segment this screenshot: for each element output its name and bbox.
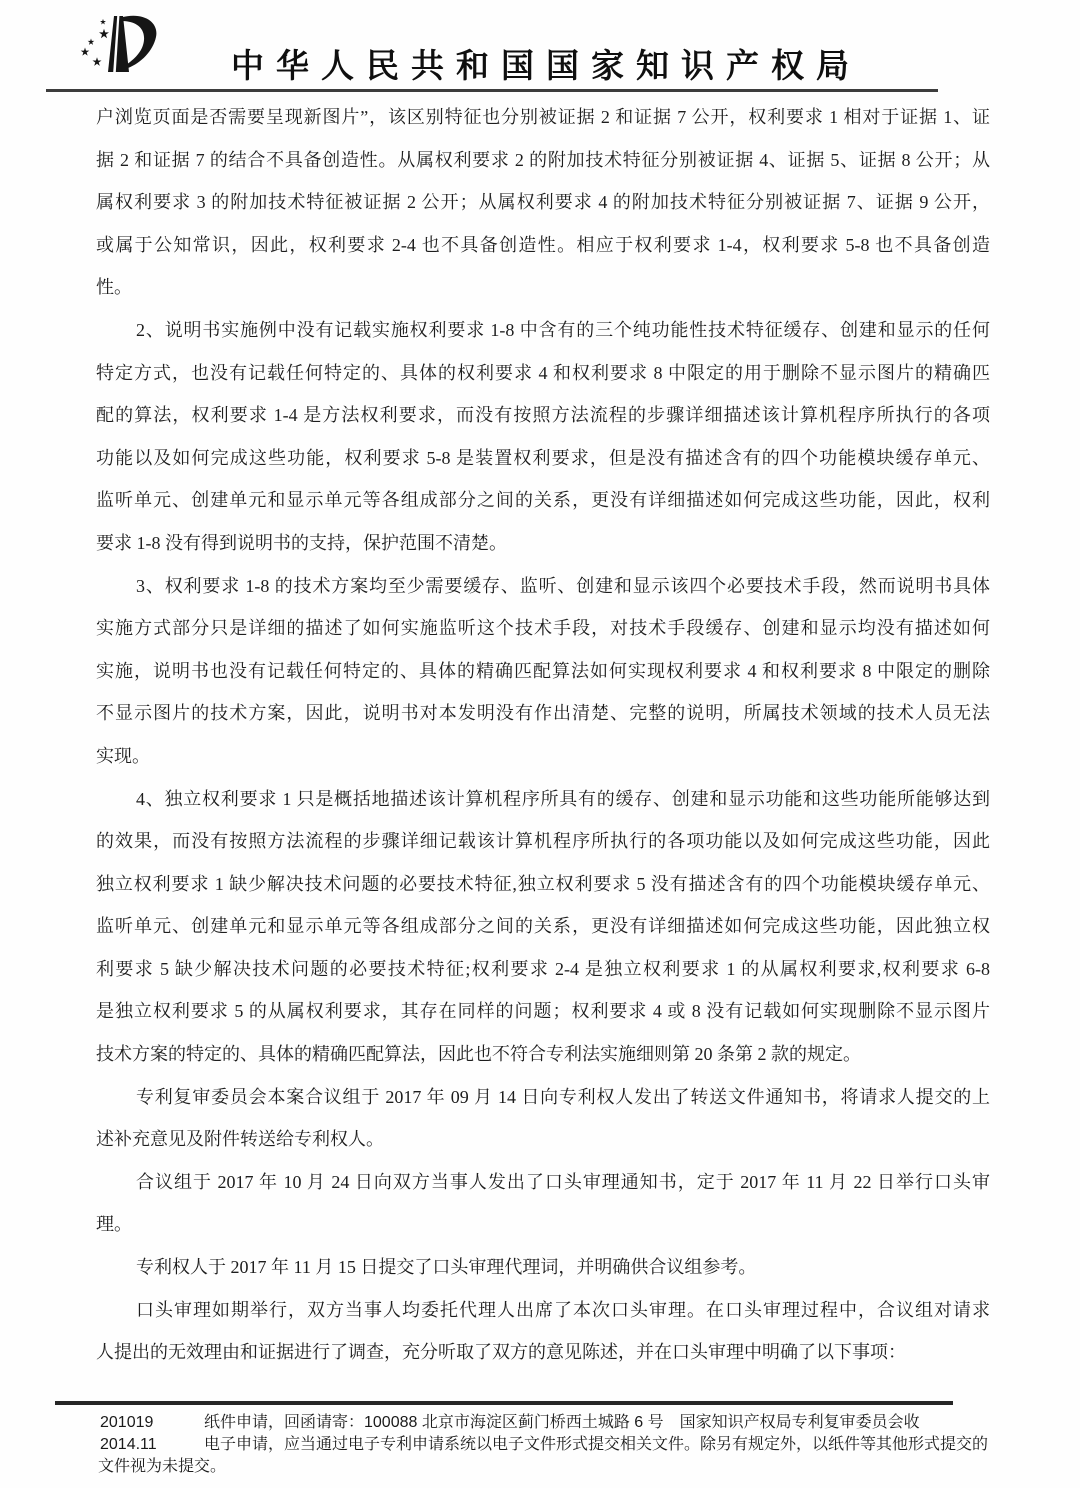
body-line: 不显示图片的技术方案，因此，说明书对本发明没有作出清楚、完整的说明，所属技术领域… xyxy=(96,692,990,735)
paragraph: 专利复审委员会本案合议组于 2017 年 09 月 14 日向专利权人发出了转送… xyxy=(96,1076,990,1161)
footer-e-filing-note: 电子申请，应当通过电子专利申请系统以电子文件形式提交相关文件。除另有规定外，以纸… xyxy=(204,1434,988,1456)
body-line: 技术方案的特定的、具体的精确匹配算法，因此也不符合专利法实施细则第 20 条第 … xyxy=(96,1033,990,1076)
footer-row-1: 201019 纸件申请，回函请寄：100088 北京市海淀区蓟门桥西土城路 6 … xyxy=(0,1412,1080,1434)
footer-doc-date: 2014.11 xyxy=(100,1434,157,1456)
document-body: 户浏览页面是否需要呈现新图片”，该区别特征也分别被证据 2 和证据 7 公开，权… xyxy=(96,96,990,1374)
paragraph: 户浏览页面是否需要呈现新图片”，该区别特征也分别被证据 2 和证据 7 公开，权… xyxy=(96,96,990,309)
body-line: 是独立权利要求 5 的从属权利要求，其存在同样的问题；权利要求 4 或 8 没有… xyxy=(96,990,990,1033)
body-line: 实现。 xyxy=(96,735,990,778)
footer-row-3: 文件视为未提交。 xyxy=(0,1456,1080,1478)
body-line: 述补充意见及附件转送给专利权人。 xyxy=(96,1118,990,1161)
paragraph: 3、权利要求 1-8 的技术方案均至少需要缓存、监听、创建和显示该四个必要技术手… xyxy=(96,565,990,778)
footer-paper-filing-note: 纸件申请，回函请寄：100088 北京市海淀区蓟门桥西土城路 6 号 国家知识产… xyxy=(204,1412,920,1434)
body-line: 合议组于 2017 年 10 月 24 日向双方当事人发出了口头审理通知书，定于… xyxy=(96,1161,990,1204)
paragraph: 4、独立权利要求 1 只是概括地描述该计算机程序所具有的缓存、创建和显示功能和这… xyxy=(96,778,990,1076)
body-line: 配的算法，权利要求 1-4 是方法权利要求，而没有按照方法流程的步骤详细描述该计… xyxy=(96,394,990,437)
body-line: 2、说明书实施例中没有记载实施权利要求 1-8 中含有的三个纯功能性技术特征缓存… xyxy=(96,309,990,352)
body-line: 实施，说明书也没有记载任何特定的、具体的精确匹配算法如何实现权利要求 4 和权利… xyxy=(96,650,990,693)
paragraph: 合议组于 2017 年 10 月 24 日向双方当事人发出了口头审理通知书，定于… xyxy=(96,1161,990,1246)
body-line: 人提出的无效理由和证据进行了调查，充分听取了双方的意见陈述，并在口头审理中明确了… xyxy=(96,1331,990,1374)
paragraph: 2、说明书实施例中没有记载实施权利要求 1-8 中含有的三个纯功能性技术特征缓存… xyxy=(96,309,990,565)
document-page: 中华人民共和国国家知识产权局 户浏览页面是否需要呈现新图片”，该区别特征也分别被… xyxy=(0,0,1080,1488)
body-line: 特定方式，也没有记载任何特定的、具体的权利要求 4 和权利要求 8 中限定的用于… xyxy=(96,352,990,395)
body-line: 功能以及如何完成这些功能，权利要求 5-8 是装置权利要求，但是没有描述含有的四… xyxy=(96,437,990,480)
body-line: 的效果，而没有按照方法流程的步骤详细记载该计算机程序所执行的各项功能以及如何完成… xyxy=(96,820,990,863)
body-line: 实施方式部分只是详细的描述了如何实施监听这个技术手段，对技术手段缓存、创建和显示… xyxy=(96,607,990,650)
footer-doc-code: 201019 xyxy=(100,1412,153,1434)
footer-e-filing-note-wrap: 文件视为未提交。 xyxy=(98,1456,226,1478)
body-line: 据 2 和证据 7 的结合不具备创造性。从属权利要求 2 的附加技术特征分别被证… xyxy=(96,139,990,182)
body-line: 性。 xyxy=(96,266,990,309)
footer-rule xyxy=(55,1401,953,1405)
body-line: 理。 xyxy=(96,1203,990,1246)
body-line: 专利权人于 2017 年 11 月 15 日提交了口头审理代理词，并明确供合议组… xyxy=(96,1246,990,1289)
body-line: 要求 1-8 没有得到说明书的支持，保护范围不清楚。 xyxy=(96,522,990,565)
agency-title: 中华人民共和国国家知识产权局 xyxy=(0,40,1080,87)
body-line: 利要求 5 缺少解决技术问题的必要技术特征;权利要求 2-4 是独立权利要求 1… xyxy=(96,948,990,991)
body-line: 监听单元、创建单元和显示单元等各组成部分之间的关系，更没有详细描述如何完成这些功… xyxy=(96,905,990,948)
body-line: 监听单元、创建单元和显示单元等各组成部分之间的关系，更没有详细描述如何完成这些功… xyxy=(96,479,990,522)
body-line: 或属于公知常识，因此，权利要求 2-4 也不具备创造性。相应于权利要求 1-4，… xyxy=(96,224,990,267)
body-line: 3、权利要求 1-8 的技术方案均至少需要缓存、监听、创建和显示该四个必要技术手… xyxy=(96,565,990,608)
body-line: 口头审理如期举行，双方当事人均委托代理人出席了本次口头审理。在口头审理过程中，合… xyxy=(96,1289,990,1332)
body-line: 属权利要求 3 的附加技术特征被证据 2 公开；从属权利要求 4 的附加技术特征… xyxy=(96,181,990,224)
body-line: 专利复审委员会本案合议组于 2017 年 09 月 14 日向专利权人发出了转送… xyxy=(96,1076,990,1119)
footer: 201019 纸件申请，回函请寄：100088 北京市海淀区蓟门桥西土城路 6 … xyxy=(0,1412,1080,1478)
body-line: 4、独立权利要求 1 只是概括地描述该计算机程序所具有的缓存、创建和显示功能和这… xyxy=(96,778,990,821)
footer-row-2: 2014.11 电子申请，应当通过电子专利申请系统以电子文件形式提交相关文件。除… xyxy=(0,1434,1080,1456)
paragraph: 专利权人于 2017 年 11 月 15 日提交了口头审理代理词，并明确供合议组… xyxy=(96,1246,990,1289)
header-rule xyxy=(46,89,938,92)
body-line: 独立权利要求 1 缺少解决技术问题的必要技术特征,独立权利要求 5 没有描述含有… xyxy=(96,863,990,906)
body-line: 户浏览页面是否需要呈现新图片”，该区别特征也分别被证据 2 和证据 7 公开，权… xyxy=(96,96,990,139)
paragraph: 口头审理如期举行，双方当事人均委托代理人出席了本次口头审理。在口头审理过程中，合… xyxy=(96,1289,990,1374)
